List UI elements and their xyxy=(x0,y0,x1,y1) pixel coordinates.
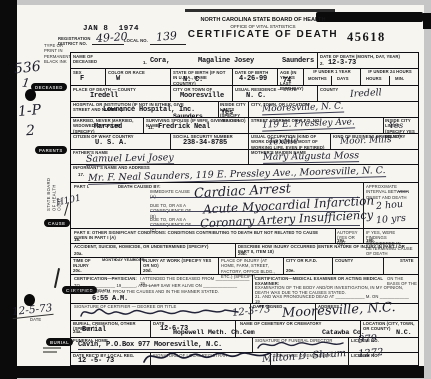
cemetery-location-state: N.C. xyxy=(396,329,412,337)
part1-label: PART I. xyxy=(74,184,89,189)
board-name: NORTH CAROLINA STATE BOARD OF HEALTH xyxy=(178,17,348,23)
disposition-method-value: Burial xyxy=(82,326,106,334)
residence-county-label: COUNTY xyxy=(320,87,338,92)
certificate-title: CERTIFICATE OF DEATH xyxy=(178,29,348,40)
name-label: NAME OF DECEASED xyxy=(73,54,99,65)
time-of-injury-label: TIME OF INJURY xyxy=(73,258,103,269)
interval-a-value: — xyxy=(398,186,408,197)
date-of-death-value: 12-3-73 xyxy=(328,59,356,67)
scanned-death-certificate: JAN 8 1974 REGISTRATION DISTRICT NO. 49-… xyxy=(0,0,431,379)
scan-streak-top xyxy=(185,9,335,12)
margin-code2: 1-P xyxy=(17,102,41,120)
cause-tab-stamp: CAUSE xyxy=(44,219,70,227)
date-of-birth-value: 4-26-99 xyxy=(239,75,267,83)
parents-tab-stamp: PARENTS xyxy=(35,146,67,154)
age-value: 74 xyxy=(283,77,291,85)
accident-label: ACCIDENT, SUICIDE, HOMICIDE, OR UNDETERM… xyxy=(74,244,224,249)
spouse-value: Fredrick Neal xyxy=(158,123,210,131)
registrar-signature xyxy=(140,346,275,366)
scan-edge-left xyxy=(0,0,17,379)
date-received-value: 12 -5- 73 xyxy=(78,357,114,365)
under-1-year-label: IF UNDER 1 YEAR xyxy=(306,69,358,74)
citizen-value: U. S. A. xyxy=(95,139,127,147)
marital-status-value: Married xyxy=(94,123,122,131)
sex-value: F xyxy=(80,75,84,83)
certifier-signature xyxy=(78,304,243,320)
ssn-value: 238-34-8785 xyxy=(183,139,227,147)
margin-code3: 2 xyxy=(26,123,36,139)
pod-county-value: Iredell xyxy=(90,92,118,100)
office-name: OFFICE OF VITAL STATISTICS xyxy=(178,24,348,29)
director-license-value: 979 xyxy=(358,333,378,345)
injury-county-label: COUNTY xyxy=(335,258,353,263)
birth-state-value: N. C. xyxy=(183,76,203,84)
occupation-value: Textile xyxy=(268,136,299,147)
local-no-value: 139 xyxy=(155,29,177,44)
part2-label: PART II: OTHER SIGNIFICANT CONDITIONS: C… xyxy=(74,230,329,241)
injury-city-label: CITY OR R.F.D. xyxy=(286,258,328,263)
margin-form-note xyxy=(43,351,57,353)
injury-state-label: STATE xyxy=(400,258,414,263)
margin-code: 536 xyxy=(13,59,41,78)
interval-b-value: 2 hou xyxy=(376,199,404,212)
residence-city-limits-value: Yes xyxy=(389,121,403,131)
spouse-surname-value: Saunders xyxy=(173,113,203,120)
residence-county-value: Iredell xyxy=(350,87,382,100)
embalmer-license-value: 1272 xyxy=(358,347,384,360)
physician-certification-title: CERTIFICATION—PHYSICIAN: xyxy=(74,276,137,281)
deceased-tab-stamp: DECEASED xyxy=(31,83,67,91)
certificate-serial-number: 45618 xyxy=(347,30,407,45)
mother-name-value: Mary Augusta Moss xyxy=(263,150,359,164)
scan-edge-bottom xyxy=(17,366,424,378)
residence-state-value: N. C. xyxy=(246,92,266,100)
injury-at-work-label: INJURY AT WORK (SPECIFY YES OR NO) xyxy=(143,258,213,269)
pod-city-limits-value: Yes xyxy=(221,109,233,117)
time-of-death-value: 6:55 A.M. xyxy=(92,295,128,303)
scan-mark-right-edge xyxy=(423,13,431,29)
describe-injury-label: DESCRIBE HOW INJURY OCCURRED (ENTER NATU… xyxy=(238,244,413,255)
under-24-hours-label: IF UNDER 24 HOURS xyxy=(363,69,417,74)
margin-date-label: Date xyxy=(30,317,41,322)
pod-city-value: Mooresville xyxy=(180,92,224,100)
industry-value: Moor. Mills xyxy=(340,135,392,147)
margin-form-note xyxy=(43,347,61,349)
cemetery-value: Hopewell Meth. Ch.Cem xyxy=(173,329,254,337)
race-value: W xyxy=(116,75,120,83)
informant-label: INFORMANT'S NAME AND ADDRESS xyxy=(73,165,150,170)
local-no-label: LOCAL NO. xyxy=(124,38,148,43)
deceased-name-value: Cora, Magaline Josey Saunders xyxy=(150,57,314,65)
cemetery-label: NAME OF CEMETERY OR CREMATORY xyxy=(240,321,350,326)
